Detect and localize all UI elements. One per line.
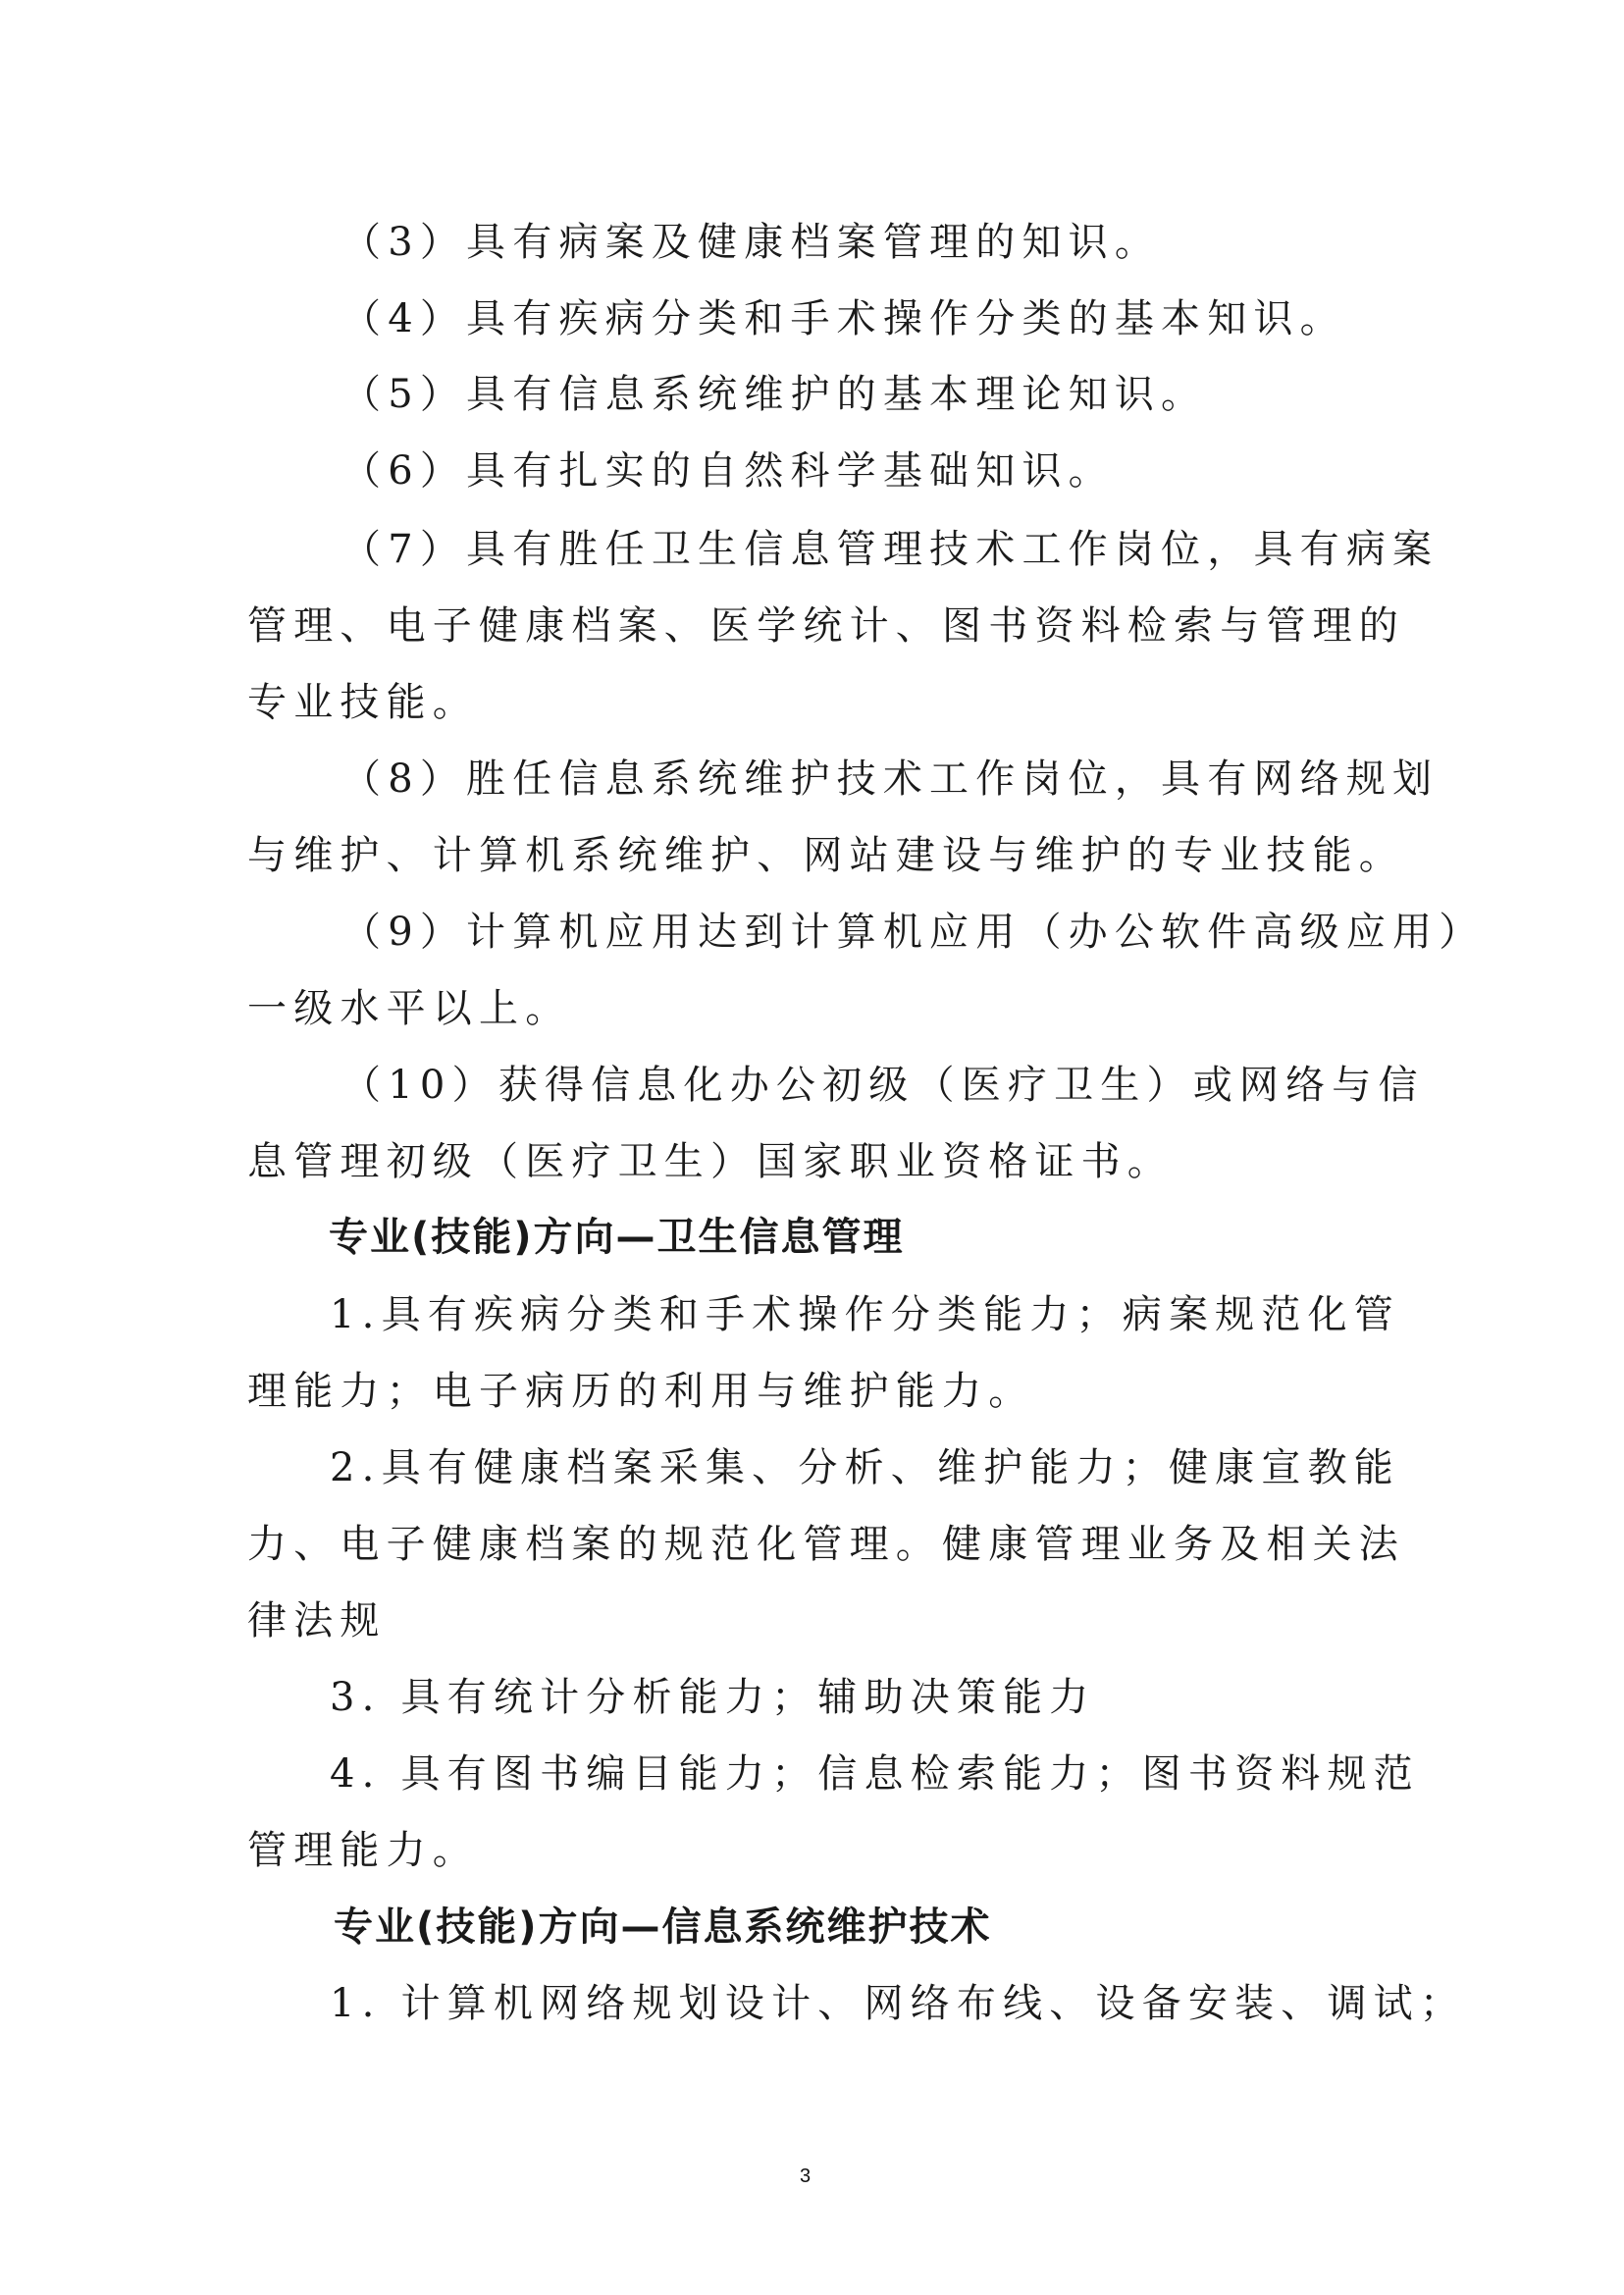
- info-system-item-1: 1. 计算机网络规划设计、网络布线、设备安装、调试；: [330, 1980, 1468, 2027]
- health-info-item-3: 3. 具有统计分析能力；辅助决策能力: [330, 1674, 1468, 1721]
- section-heading-info-system: 专业(技能)方向—信息系统维护技术: [334, 1904, 992, 1951]
- health-info-item-1-line-1: 1.具有疾病分类和手术操作分类能力；病案规范化管: [330, 1291, 1468, 1338]
- knowledge-item-4: （4）具有疾病分类和手术操作分类的基本知识。: [341, 295, 1480, 342]
- health-info-item-1-line-2: 理能力；电子病历的利用与维护能力。: [247, 1368, 1386, 1415]
- knowledge-item-9-line-2: 一级水平以上。: [247, 985, 1386, 1032]
- health-info-item-4-line-2: 管理能力。: [247, 1827, 1386, 1874]
- knowledge-item-8-line-2: 与维护、计算机系统维护、网站建设与维护的专业技能。: [247, 832, 1386, 879]
- knowledge-item-6: （6）具有扎实的自然科学基础知识。: [341, 447, 1480, 495]
- knowledge-item-7-line-1: （7）具有胜任卫生信息管理技术工作岗位，具有病案: [341, 526, 1480, 573]
- knowledge-item-3: （3）具有病案及健康档案管理的知识。: [341, 219, 1480, 266]
- health-info-item-2-line-1: 2.具有健康档案采集、分析、维护能力；健康宣教能: [330, 1444, 1468, 1491]
- knowledge-item-8-line-1: （8）胜任信息系统维护技术工作岗位，具有网络规划: [341, 756, 1480, 803]
- knowledge-item-10-line-2: 息管理初级（医疗卫生）国家职业资格证书。: [247, 1138, 1386, 1185]
- knowledge-item-5: （5）具有信息系统维护的基本理论知识。: [341, 371, 1480, 418]
- health-info-item-4-line-1: 4. 具有图书编目能力；信息检索能力；图书资料规范: [330, 1750, 1468, 1798]
- knowledge-item-9-line-1: （9）计算机应用达到计算机应用（办公软件高级应用）: [341, 909, 1480, 956]
- knowledge-item-7-line-3: 专业技能。: [247, 679, 1386, 726]
- knowledge-item-10-line-1: （10）获得信息化办公初级（医疗卫生）或网络与信: [341, 1062, 1480, 1109]
- document-page: （3）具有病案及健康档案管理的知识。 （4）具有疾病分类和手术操作分类的基本知识…: [0, 0, 1624, 2295]
- page-number: 3: [800, 2165, 811, 2188]
- health-info-item-2-line-2: 力、电子健康档案的规范化管理。健康管理业务及相关法: [247, 1521, 1386, 1568]
- health-info-item-2-line-3: 律法规: [247, 1597, 1386, 1644]
- knowledge-item-7-line-2: 管理、电子健康档案、医学统计、图书资料检索与管理的: [247, 602, 1386, 650]
- section-heading-health-info: 专业(技能)方向—卫生信息管理: [329, 1214, 905, 1261]
